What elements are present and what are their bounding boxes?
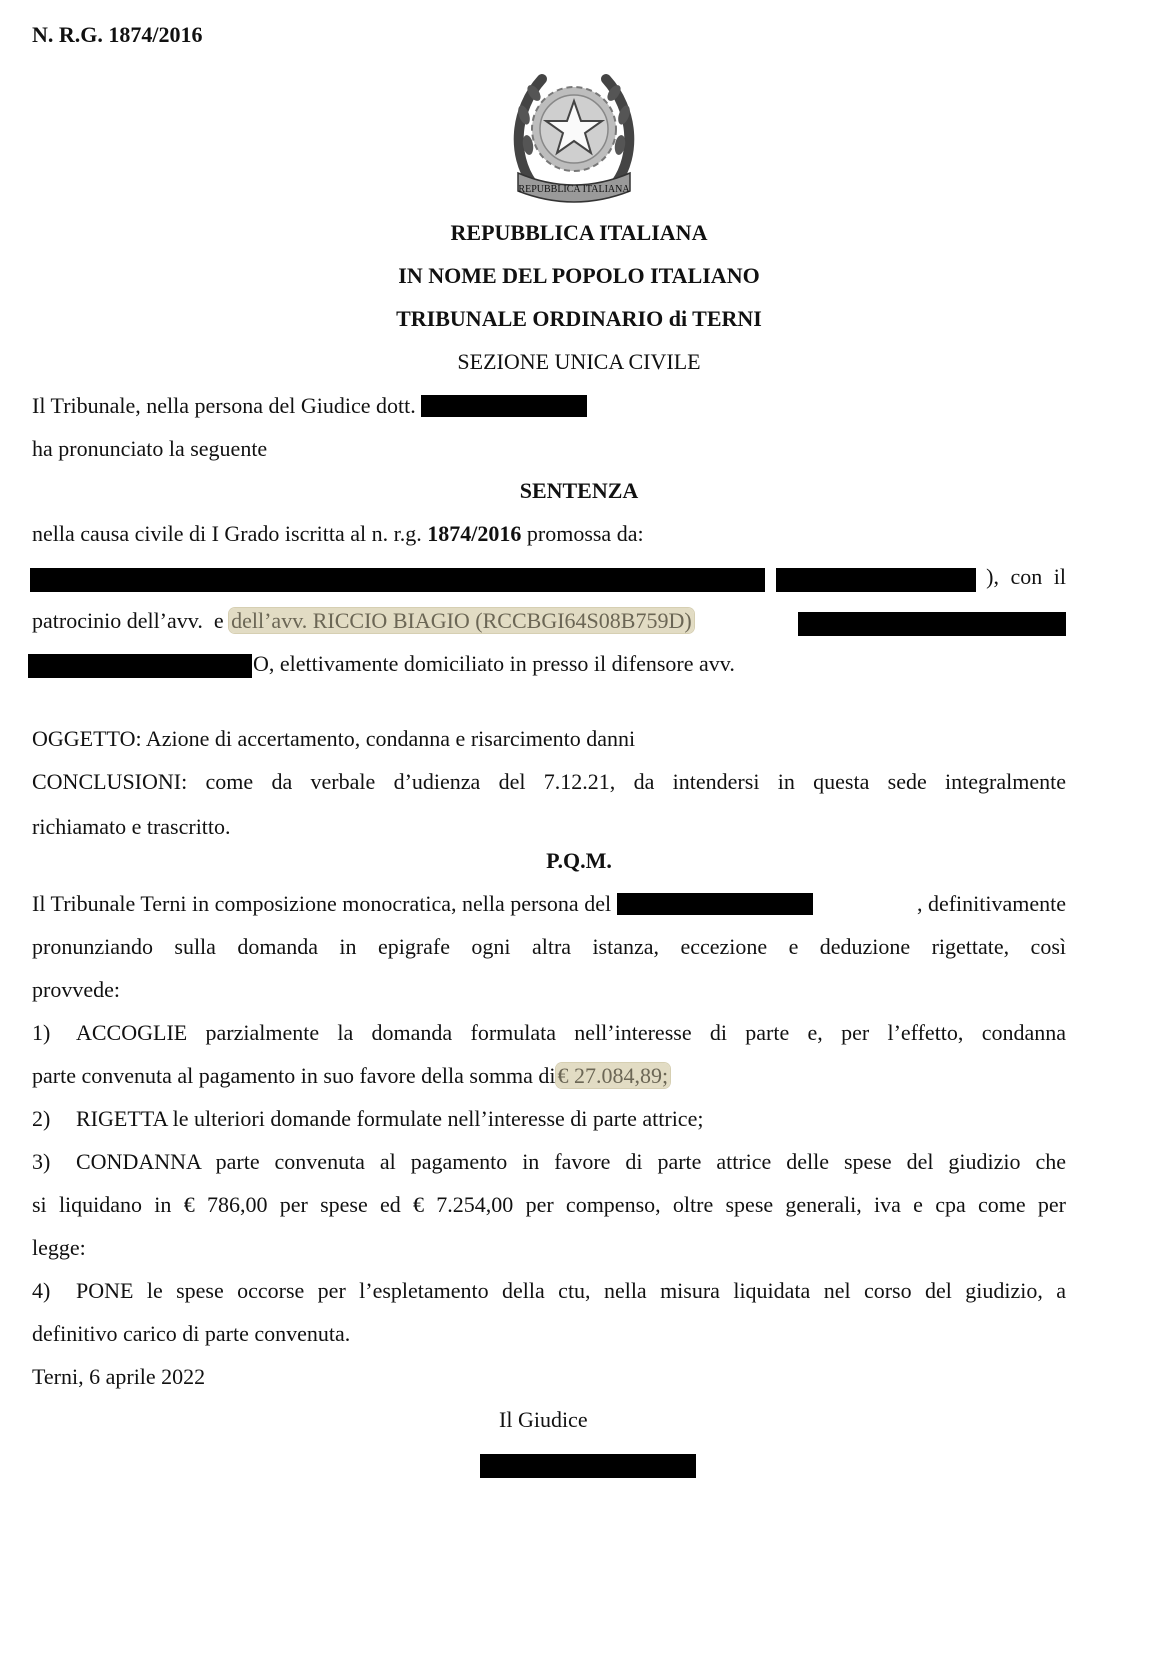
pqm-intro-line2: pronunziando sulla domanda in epigrafe o… [32, 934, 1066, 960]
place-date: Terni, 6 aprile 2022 [32, 1364, 205, 1390]
party-suffix: ), con il [976, 564, 1066, 590]
amount-highlight: € 27.084,89; [556, 1063, 671, 1088]
item-3-number: 3) [32, 1149, 50, 1175]
pronounced-line: ha pronunciato la seguente [32, 436, 267, 462]
patrocinio-line: patrocinio dell’avv. e dell’avv. RICCIO … [32, 608, 694, 634]
sentenza-title: SENTENZA [0, 478, 1158, 504]
conclusioni-line1: CONCLUSIONI: come da verbale d’udienza d… [32, 769, 1066, 795]
item-3-line1: CONDANNA parte convenuta al pagamento in… [76, 1149, 1066, 1175]
redacted-party-name [30, 568, 765, 592]
judge-line: Il Tribunale, nella persona del Giudice … [32, 393, 587, 419]
title-court: TRIBUNALE ORDINARIO di TERNI [0, 306, 1158, 332]
redacted-judge-name [421, 395, 587, 417]
redacted-lawyer-detail [798, 612, 1066, 636]
italian-republic-emblem-icon: REPUBBLICA ITALIANA [512, 65, 636, 209]
oggetto: OGGETTO: Azione di accertamento, condann… [32, 726, 635, 752]
title-section: SEZIONE UNICA CIVILE [0, 349, 1158, 375]
svg-text:REPUBBLICA ITALIANA: REPUBBLICA ITALIANA [518, 184, 630, 195]
item-1-line2: parte convenuta al pagamento in suo favo… [32, 1063, 670, 1089]
conclusioni-line2: richiamato e trascritto. [32, 814, 231, 840]
title-republic: REPUBBLICA ITALIANA [0, 220, 1158, 246]
item-2-line1: RIGETTA le ulteriori domande formulate n… [76, 1106, 703, 1132]
pqm-intro-line3: provvede: [32, 977, 120, 1003]
item-3-line2: si liquidano in € 786,00 per spese ed € … [32, 1192, 1066, 1218]
cause-line: nella causa civile di I Grado iscritta a… [32, 521, 644, 547]
item-1-number: 1) [32, 1020, 50, 1046]
item-4-line1: PONE le spese occorse per l’espletamento… [76, 1278, 1066, 1304]
item-4-number: 4) [32, 1278, 50, 1304]
signature-title: Il Giudice [499, 1407, 588, 1433]
item-1-line1: ACCOGLIE parzialmente la domanda formula… [76, 1020, 1066, 1046]
redacted-judge-name-2 [617, 893, 813, 915]
cause-number: 1874/2016 [427, 521, 521, 546]
redacted-party-detail [776, 568, 976, 592]
pqm-intro-line1: Il Tribunale Terni in composizione monoc… [32, 891, 1066, 917]
redacted-domicile [28, 654, 252, 678]
redacted-signature [480, 1454, 696, 1478]
case-number: N. R.G. 1874/2016 [32, 22, 203, 48]
title-people: IN NOME DEL POPOLO ITALIANO [0, 263, 1158, 289]
item-4-line2: definitivo carico di parte convenuta. [32, 1321, 350, 1347]
domicile-text: O, elettivamente domiciliato in presso i… [253, 651, 735, 677]
lawyer-highlight: dell’avv. RICCIO BIAGIO (RCCBGI64S08B759… [229, 608, 694, 633]
pqm-title: P.Q.M. [0, 848, 1158, 874]
item-3-line3: legge: [32, 1235, 86, 1261]
item-2-number: 2) [32, 1106, 50, 1132]
